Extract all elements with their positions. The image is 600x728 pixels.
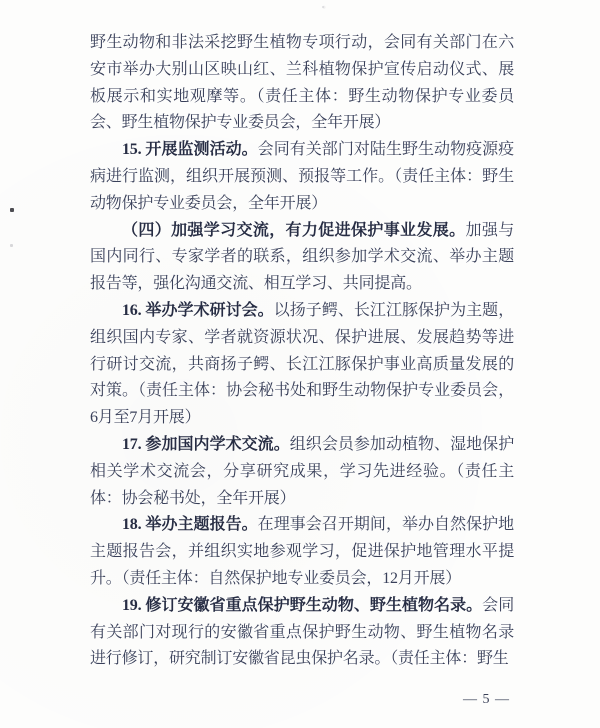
paragraph: 15. 开展监测活动。会同有关部门对陆生野生动物疫源疫病进行监测，组织开展预测、…: [90, 137, 514, 217]
paragraph-body: 野生动物和非法采挖野生植物专项行动，会同有关部门在六安市举办大别山区映山红、兰科…: [90, 34, 514, 131]
paragraph: 19. 修订安徽省重点保护野生动物、野生植物名录。会同有关部门对现行的安徽省重点…: [90, 593, 514, 673]
paragraph: 野生动物和非法采挖野生植物专项行动，会同有关部门在六安市举办大别山区映山红、兰科…: [90, 30, 514, 137]
paragraph: 17. 参加国内学术交流。组织会员参加动植物、湿地保护相关学术交流会，分享研究成…: [90, 432, 514, 512]
page-number: — 5 —: [463, 692, 510, 708]
section-heading: （四）加强学习交流，有力促进保护事业发展。: [122, 222, 465, 239]
paragraph-lead: 15. 开展监测活动。: [122, 141, 258, 158]
paragraph-lead: 17. 参加国内学术交流。: [122, 436, 290, 453]
document-text-block: 野生动物和非法采挖野生植物专项行动，会同有关部门在六安市举办大别山区映山红、兰科…: [90, 30, 514, 673]
paragraph-lead: 16. 举办学术研讨会。: [122, 302, 274, 319]
paragraph-body: 以扬子鳄、长江江豚保护为主题，组织国内专家、学者就资源状况、保护进展、发展趋势等…: [90, 302, 514, 426]
paragraph-lead: 19. 修订安徽省重点保护野生动物、野生植物名录。: [122, 597, 482, 614]
scan-speck: [322, 6, 324, 8]
paragraph: 18. 举办主题报告。在理事会召开期间，举办自然保护地主题报告会，并组织实地参观…: [90, 512, 514, 592]
section-heading-paragraph: （四）加强学习交流，有力促进保护事业发展。加强与国内同行、专家学者的联系，组织参…: [90, 218, 514, 298]
paragraph: 16. 举办学术研讨会。以扬子鳄、长江江豚保护为主题，组织国内专家、学者就资源状…: [90, 298, 514, 432]
paragraph-lead: 18. 举办主题报告。: [122, 516, 258, 533]
document-page: 野生动物和非法采挖野生植物专项行动，会同有关部门在六安市举办大别山区映山红、兰科…: [0, 0, 600, 728]
scan-speck: [10, 244, 13, 247]
scan-speck: [10, 208, 14, 212]
